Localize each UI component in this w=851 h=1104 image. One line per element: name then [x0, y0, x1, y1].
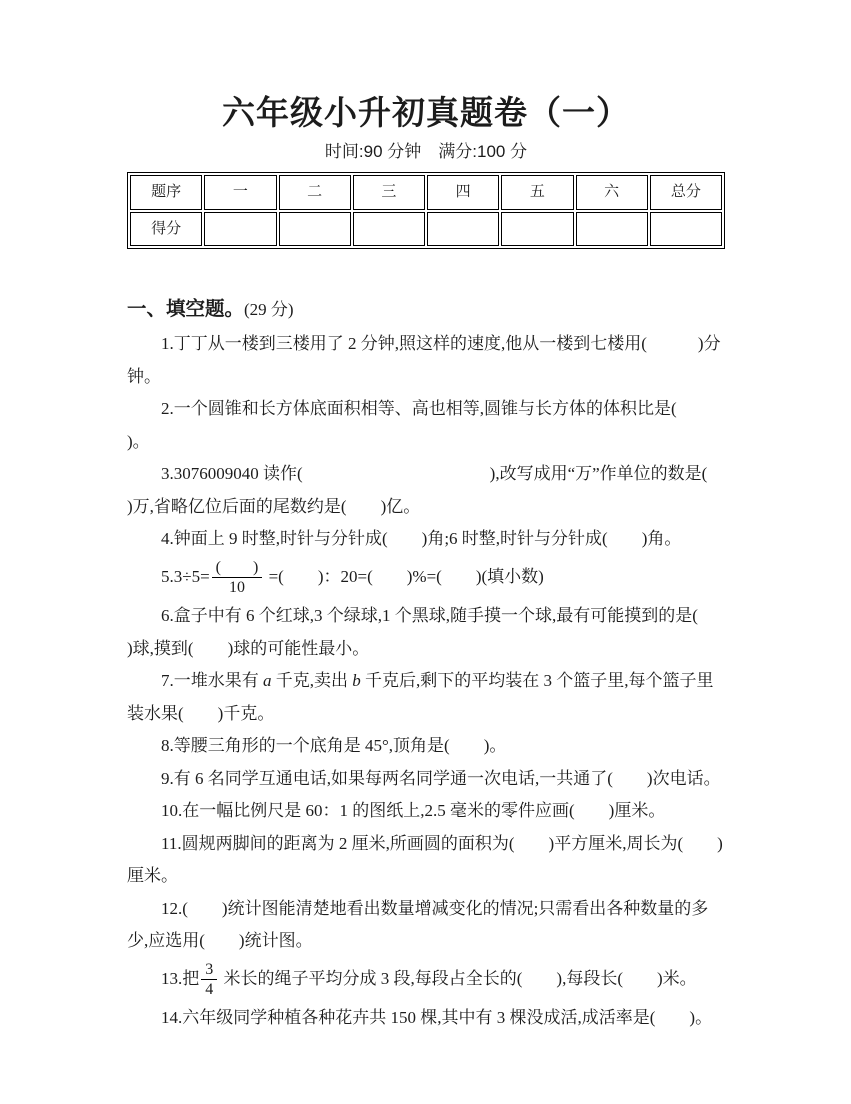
fraction-denominator: 4: [201, 980, 217, 999]
question-text: 千克,卖出: [272, 671, 353, 690]
question-2: 2.一个圆锥和长方体底面积相等、高也相等,圆锥与长方体的体积比是( )。: [127, 393, 725, 458]
question-text: 7.一堆水果有: [161, 671, 263, 690]
score-header-1: 一: [204, 175, 276, 210]
question-3: 3.3076009040 读作( ),改写成用“万”作单位的数是( )万,省略亿…: [127, 458, 725, 523]
score-header-total: 总分: [650, 175, 722, 210]
variable-b: b: [352, 671, 361, 690]
question-1: 1.丁丁从一楼到三楼用了 2 分钟,照这样的速度,他从一楼到七楼用( )分钟。: [127, 328, 725, 393]
score-header-5: 五: [501, 175, 573, 210]
question-text: 14.六年级同学种植各种花卉共 150 棵,其中有 3 棵没成活,成活率是( )…: [161, 1008, 712, 1027]
score-cell-empty: [204, 212, 276, 247]
score-cell-empty: [576, 212, 648, 247]
score-table-header-row: 题序 一 二 三 四 五 六 总分: [130, 175, 722, 210]
paper-title: 六年级小升初真题卷（一）: [127, 92, 725, 133]
fraction-numerator: ( ): [212, 559, 263, 579]
question-text: 10.在一幅比例尺是 60：1 的图纸上,2.5 毫米的零件应画( )厘米。: [161, 801, 665, 820]
question-text: 1.丁丁从一楼到三楼用了 2 分钟,照这样的速度,他从一楼到七楼用( )分钟。: [127, 334, 721, 386]
question-list: 1.丁丁从一楼到三楼用了 2 分钟,照这样的速度,他从一楼到七楼用( )分钟。 …: [127, 328, 725, 1034]
score-table: 题序 一 二 三 四 五 六 总分 得分: [127, 172, 725, 249]
score-header-4: 四: [427, 175, 499, 210]
fraction-denominator: 10: [212, 578, 263, 597]
question-4: 4.钟面上 9 时整,时针与分针成( )角;6 时整,时针与分针成( )角。: [127, 523, 725, 556]
section-title: 一、填空题。: [127, 298, 244, 320]
question-text: 12.( )统计图能清楚地看出数量增减变化的情况;只需看出各种数量的多少,应选用…: [127, 899, 708, 951]
score-cell-empty: [353, 212, 425, 247]
question-text: 6.盒子中有 6 个红球,3 个绿球,1 个黑球,随手摸一个球,最有可能摸到的是…: [127, 606, 732, 658]
question-text: 2.一个圆锥和长方体底面积相等、高也相等,圆锥与长方体的体积比是( )。: [127, 399, 711, 451]
question-text: 4.钟面上 9 时整,时针与分针成( )角;6 时整,时针与分针成( )角。: [161, 529, 681, 548]
exam-page: 六年级小升初真题卷（一） 时间:90 分钟 满分:100 分 题序 一 二 三 …: [0, 0, 851, 1104]
score-header-3: 三: [353, 175, 425, 210]
score-row-label: 得分: [130, 212, 202, 247]
question-text: 13.把: [161, 969, 199, 988]
question-text: =( )：20=( )%=( )(填小数): [264, 567, 543, 586]
question-7: 7.一堆水果有 a 千克,卖出 b 千克后,剩下的平均装在 3 个篮子里,每个篮…: [127, 665, 725, 730]
question-text: 米长的绳子平均分成 3 段,每段占全长的( ),每段长( )米。: [219, 969, 696, 988]
question-12: 12.( )统计图能清楚地看出数量增减变化的情况;只需看出各种数量的多少,应选用…: [127, 893, 725, 958]
score-header-2: 二: [279, 175, 351, 210]
paper-meta: 时间:90 分钟 满分:100 分: [127, 141, 725, 163]
question-text: 8.等腰三角形的一个底角是 45°,顶角是( )。: [161, 736, 506, 755]
section-points: (29 分): [244, 300, 294, 319]
question-13: 13.把34 米长的绳子平均分成 3 段,每段占全长的( ),每段长( )米。: [127, 958, 725, 1002]
fraction-numerator: 3: [201, 961, 217, 981]
score-cell-empty: [279, 212, 351, 247]
score-cell-empty: [650, 212, 722, 247]
question-text: 11.圆规两脚间的距离为 2 厘米,所画圆的面积为( )平方厘米,周长为( )厘…: [127, 834, 723, 886]
variable-a: a: [263, 671, 272, 690]
section-heading: 一、填空题。(29 分): [127, 293, 725, 326]
question-text: 9.有 6 名同学互通电话,如果每两名同学通一次电话,一共通了( )次电话。: [161, 769, 721, 788]
fraction: ( )10: [212, 559, 263, 597]
question-text: 5.3÷5=: [161, 567, 210, 586]
question-10: 10.在一幅比例尺是 60：1 的图纸上,2.5 毫米的零件应画( )厘米。: [127, 795, 725, 828]
question-5: 5.3÷5=( )10 =( )：20=( )%=( )(填小数): [127, 556, 725, 600]
score-table-score-row: 得分: [130, 212, 722, 247]
question-6: 6.盒子中有 6 个红球,3 个绿球,1 个黑球,随手摸一个球,最有可能摸到的是…: [127, 600, 725, 665]
score-header-tixu: 题序: [130, 175, 202, 210]
score-header-6: 六: [576, 175, 648, 210]
question-9: 9.有 6 名同学互通电话,如果每两名同学通一次电话,一共通了( )次电话。: [127, 763, 725, 796]
question-text: 3.3076009040 读作( ),改写成用“万”作单位的数是( )万,省略亿…: [127, 464, 792, 516]
question-14: 14.六年级同学种植各种花卉共 150 棵,其中有 3 棵没成活,成活率是( )…: [127, 1002, 725, 1035]
score-cell-empty: [427, 212, 499, 247]
question-8: 8.等腰三角形的一个底角是 45°,顶角是( )。: [127, 730, 725, 763]
fraction: 34: [201, 961, 217, 999]
score-cell-empty: [501, 212, 573, 247]
question-11: 11.圆规两脚间的距离为 2 厘米,所画圆的面积为( )平方厘米,周长为( )厘…: [127, 828, 725, 893]
